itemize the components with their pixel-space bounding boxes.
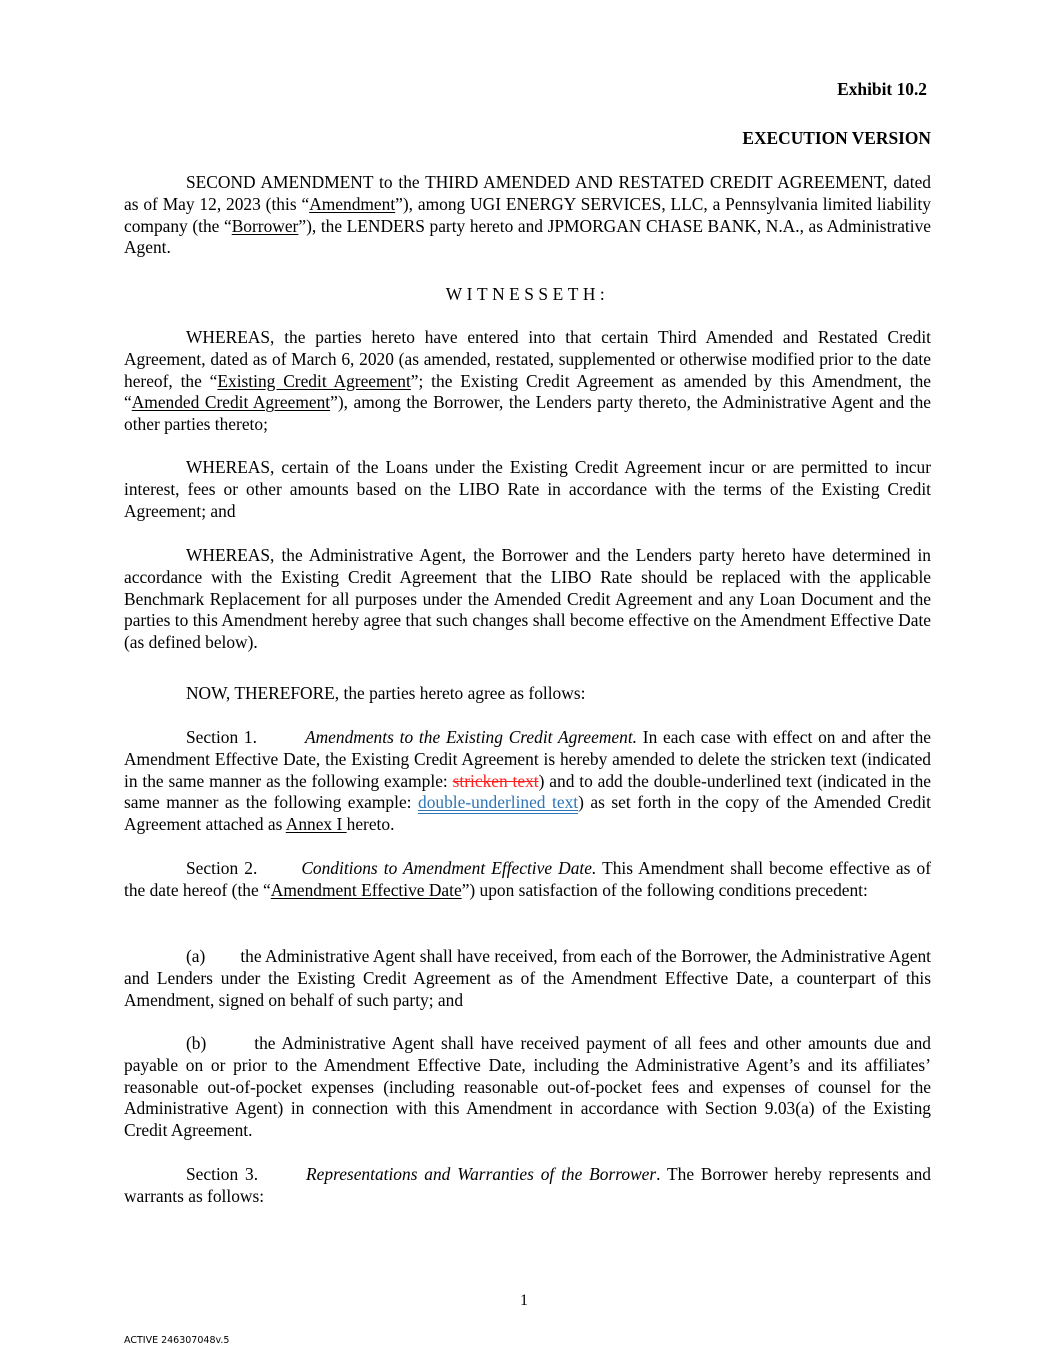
section-1-paragraph: Section 1.Amendments to the Existing Cre… [124, 727, 931, 836]
condition-b-text: the Administrative Agent shall have rece… [124, 1033, 931, 1140]
condition-a-label: (a) [186, 946, 205, 966]
double-underlined-text-example: double-underlined text [418, 792, 578, 812]
execution-version-label: EXECUTION VERSION [742, 128, 931, 150]
whereas-paragraph-2: WHEREAS, certain of the Loans under the … [124, 457, 931, 522]
section-1-title: Amendments to the Existing Credit Agreem… [305, 727, 637, 747]
exhibit-label: Exhibit 10.2 [837, 79, 927, 101]
section-2-paragraph: Section 2.Conditions to Amendment Effect… [124, 858, 931, 902]
stricken-text-example: stricken text [453, 771, 539, 791]
page-number: 1 [520, 1290, 528, 1312]
whereas-paragraph-3: WHEREAS, the Administrative Agent, the B… [124, 545, 931, 654]
defined-term-amended-credit-agreement: Amended Credit Agreement [132, 392, 330, 412]
defined-term-amendment-effective-date: Amendment Effective Date [271, 880, 462, 900]
section-1-text-4: hereto. [347, 814, 395, 834]
intro-paragraph: SECOND AMENDMENT to the THIRD AMENDED AN… [124, 172, 931, 259]
section-3-title: Representations and Warranties of the Bo… [306, 1164, 656, 1184]
defined-term-existing-credit-agreement: Existing Credit Agreement [217, 371, 410, 391]
condition-b-paragraph: (b)the Administrative Agent shall have r… [124, 1033, 931, 1142]
section-2-number: Section 2. [186, 858, 257, 878]
section-3-paragraph: Section 3.Representations and Warranties… [124, 1164, 931, 1208]
condition-b-label: (b) [186, 1033, 206, 1053]
condition-a-paragraph: (a)the Administrative Agent shall have r… [124, 946, 931, 1011]
defined-term-borrower: Borrower [232, 216, 299, 236]
defined-term-amendment: Amendment [309, 194, 395, 214]
now-therefore-paragraph: NOW, THEREFORE, the parties hereto agree… [124, 683, 931, 705]
witnesseth-heading: WITNESSETH: [0, 284, 1055, 306]
section-1-number: Section 1. [186, 727, 257, 747]
annex-i-reference: Annex I [286, 814, 347, 834]
section-3-number: Section 3. [186, 1164, 258, 1184]
section-2-title: Conditions to Amendment Effective Date. [301, 858, 596, 878]
document-id-footer: ACTIVE 246307048v.5 [124, 1330, 229, 1352]
whereas-paragraph-1: WHEREAS, the parties hereto have entered… [124, 327, 931, 436]
section-2-text-2: ”) upon satisfaction of the following co… [462, 880, 868, 900]
condition-a-text: the Administrative Agent shall have rece… [124, 946, 931, 1010]
